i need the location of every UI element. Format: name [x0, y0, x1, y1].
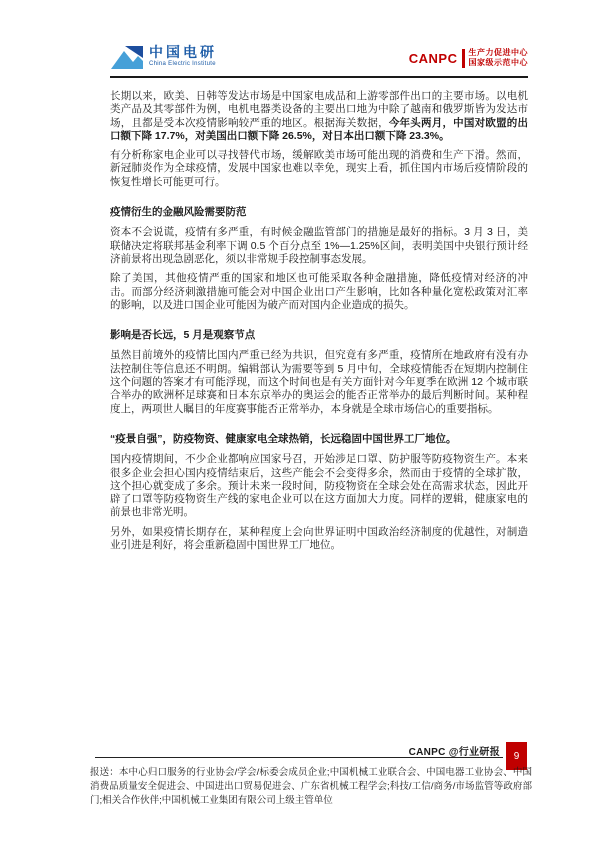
org-logo: 中国电研 China Electric Institute [110, 44, 217, 75]
paragraph-exports: 长期以来，欧美、日韩等发达市场是中国家电成品和上游零部件出口的主要市场。以电机类… [110, 90, 528, 143]
canpc-subtitle-block: 生产力促进中心 国家级示范中心 [469, 48, 529, 68]
footer-report-label: CANPC @行业研报 [95, 743, 500, 758]
canpc-mark: CANPC 生产力促进中心 国家级示范中心 [409, 48, 528, 68]
canpc-subtitle-2: 国家级示范中心 [469, 58, 529, 68]
section-heading-financial-risk: 疫情衍生的金融风险需要防范 [110, 206, 528, 219]
org-name-en: China Electric Institute [149, 61, 217, 67]
org-name-cn: 中国电研 [149, 44, 217, 60]
paragraph-other-countries: 除了美国，其他疫情严重的国家和地区也可能采取各种金融措施，降低疫情对经济的冲击。… [110, 272, 528, 312]
paragraph-long-term: 另外，如果疫情长期存在，某种程度上会向世界证明中国政治经济制度的优越性，对制造业… [110, 526, 528, 553]
org-name-block: 中国电研 China Electric Institute [149, 44, 217, 67]
paragraph-epidemic-supplies: 国内疫情期间，不少企业都响应国家号召，开始涉足口罩、防护服等防疫物资生产。本来很… [110, 453, 528, 519]
canpc-subtitle-1: 生产力促进中心 [469, 48, 529, 58]
section-heading-world-factory: “疫景自强”，防疫物资、健康家电全球热销，长远稳固中国世界工厂地位。 [110, 433, 528, 446]
page-header: 中国电研 China Electric Institute CANPC 生产力促… [110, 44, 528, 78]
paragraph-fed-rate: 资本不会说谎，疫情有多严重，有时候金融监管部门的措施是最好的指标。3 月 3 日… [110, 226, 528, 266]
canpc-acronym: CANPC [409, 51, 458, 66]
paragraph-alternative-markets: 有分析称家电企业可以寻找替代市场，缓解欧美市场可能出现的消费和生产下滑。然而，新… [110, 149, 528, 189]
paragraph-may-outlook: 虽然目前境外的疫情比国内严重已经为共识，但究竟有多严重，疫情所在地政府有没有办法… [110, 349, 528, 415]
report-page: 中国电研 China Electric Institute CANPC 生产力促… [0, 0, 607, 859]
mountain-logo-icon [110, 44, 144, 75]
article-body: 长期以来，欧美、日韩等发达市场是中国家电成品和上游零部件出口的主要市场。以电机类… [110, 90, 528, 558]
section-heading-may-observation: 影响是否长远，5 月是观察节点 [110, 329, 528, 342]
footer-distribution-note: 报送：本中心归口服务的行业协会/学会/标委会成员企业;中国机械工业联合会、中国电… [90, 766, 532, 809]
canpc-divider-bar [462, 49, 465, 68]
footer-divider [95, 757, 503, 758]
